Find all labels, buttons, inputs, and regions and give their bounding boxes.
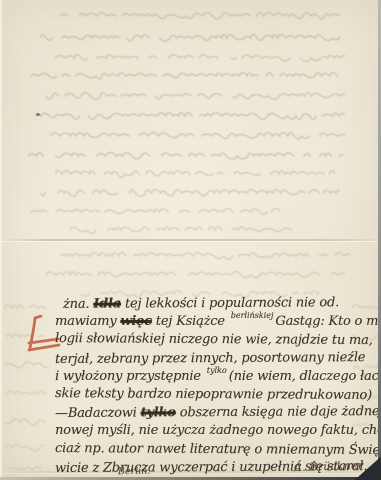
handwriting-text: logii słowiańskiej niczego nie wie, znaj… <box>55 331 373 348</box>
bleedthrough-row <box>54 166 336 178</box>
handwriting-strike: tylko <box>141 405 176 420</box>
bleedthrough-row <box>34 108 346 120</box>
handwriting-text: żna. <box>63 297 93 312</box>
place-note: Berlin. <box>118 466 151 478</box>
bleedthrough-row <box>39 30 341 42</box>
handwriting-line: żna. Idla tej lekkości i popularności ni… <box>63 295 339 312</box>
bleedthrough-row <box>351 300 379 312</box>
bleedthrough-row <box>29 68 341 80</box>
bleedthrough-row <box>3 300 47 312</box>
bleedthrough-row <box>54 50 346 62</box>
handwriting-sup: tylko <box>207 366 227 375</box>
handwriting-line: ciaż np. autor nawet literaturę o mniema… <box>55 441 381 458</box>
ink-speck <box>36 113 40 116</box>
bleedthrough-row <box>59 248 351 260</box>
handwriting-text: tej lekkości i popularności nie od. <box>121 295 339 311</box>
handwriting-line: terjał, zebrany przez innych, posortowan… <box>55 350 365 367</box>
signature: A. Brückner <box>294 459 364 474</box>
bleedthrough-row <box>5 440 45 452</box>
handwriting-text: terjał, zebrany przez innych, posortowan… <box>55 350 365 367</box>
bleedthrough-row <box>27 148 344 160</box>
handwriting-text: obszerna księga nie daje żadnej <box>176 404 381 420</box>
handwriting-line: mawiamy więc tej Książce berlińskiejGast… <box>55 314 381 329</box>
handwriting-text: nowej myśli, nie użycza żadnego nowego f… <box>55 423 381 438</box>
handwriting-line: skie teksty bardzo niepoprawnie przedruk… <box>55 386 372 403</box>
bleedthrough-row <box>44 88 346 100</box>
handwriting-strike: więc <box>120 314 152 329</box>
bleedthrough-row <box>29 204 281 216</box>
handwriting-text: ciaż np. autor nawet literaturę o mniema… <box>55 441 381 458</box>
handwriting-text: (nie wiem, dlaczego łaciń, <box>229 369 381 384</box>
bleedthrough-row <box>39 185 341 197</box>
handwriting-strike: Idla <box>93 296 121 311</box>
bleedthrough-row <box>59 8 341 20</box>
handwriting-line: i wyłożony przystępnie tylko(nie wiem, d… <box>55 369 381 384</box>
handwriting-line: —Badaczowi tylko obszerna księga nie daj… <box>55 404 381 421</box>
handwriting-text: tej Książce <box>152 314 229 329</box>
handwriting-text: i wyłożony przystępnie <box>55 369 205 384</box>
letter-page: żna. Idla tej lekkości i popularności ni… <box>0 0 381 480</box>
handwriting-text: mawiamy <box>55 314 120 329</box>
handwriting-text: Gastąg: Kto o mito, <box>275 314 381 329</box>
fold-crease <box>0 239 381 241</box>
bleedthrough-row <box>69 222 301 234</box>
bleedthrough-row <box>5 386 47 398</box>
page-edge-left <box>0 0 3 480</box>
bleedthrough-row <box>44 267 346 279</box>
handwriting-sup: berlińskiej <box>231 311 274 320</box>
bleedthrough-row <box>49 128 346 140</box>
handwriting-text: skie teksty bardzo niepoprawnie przedruk… <box>55 386 372 403</box>
handwriting-line: nowej myśli, nie użycza żadnego nowego f… <box>55 423 381 438</box>
handwriting-line: logii słowiańskiej niczego nie wie, znaj… <box>55 331 373 348</box>
handwriting-text: —Badaczowi <box>55 406 141 422</box>
bleedthrough-row <box>3 414 47 426</box>
